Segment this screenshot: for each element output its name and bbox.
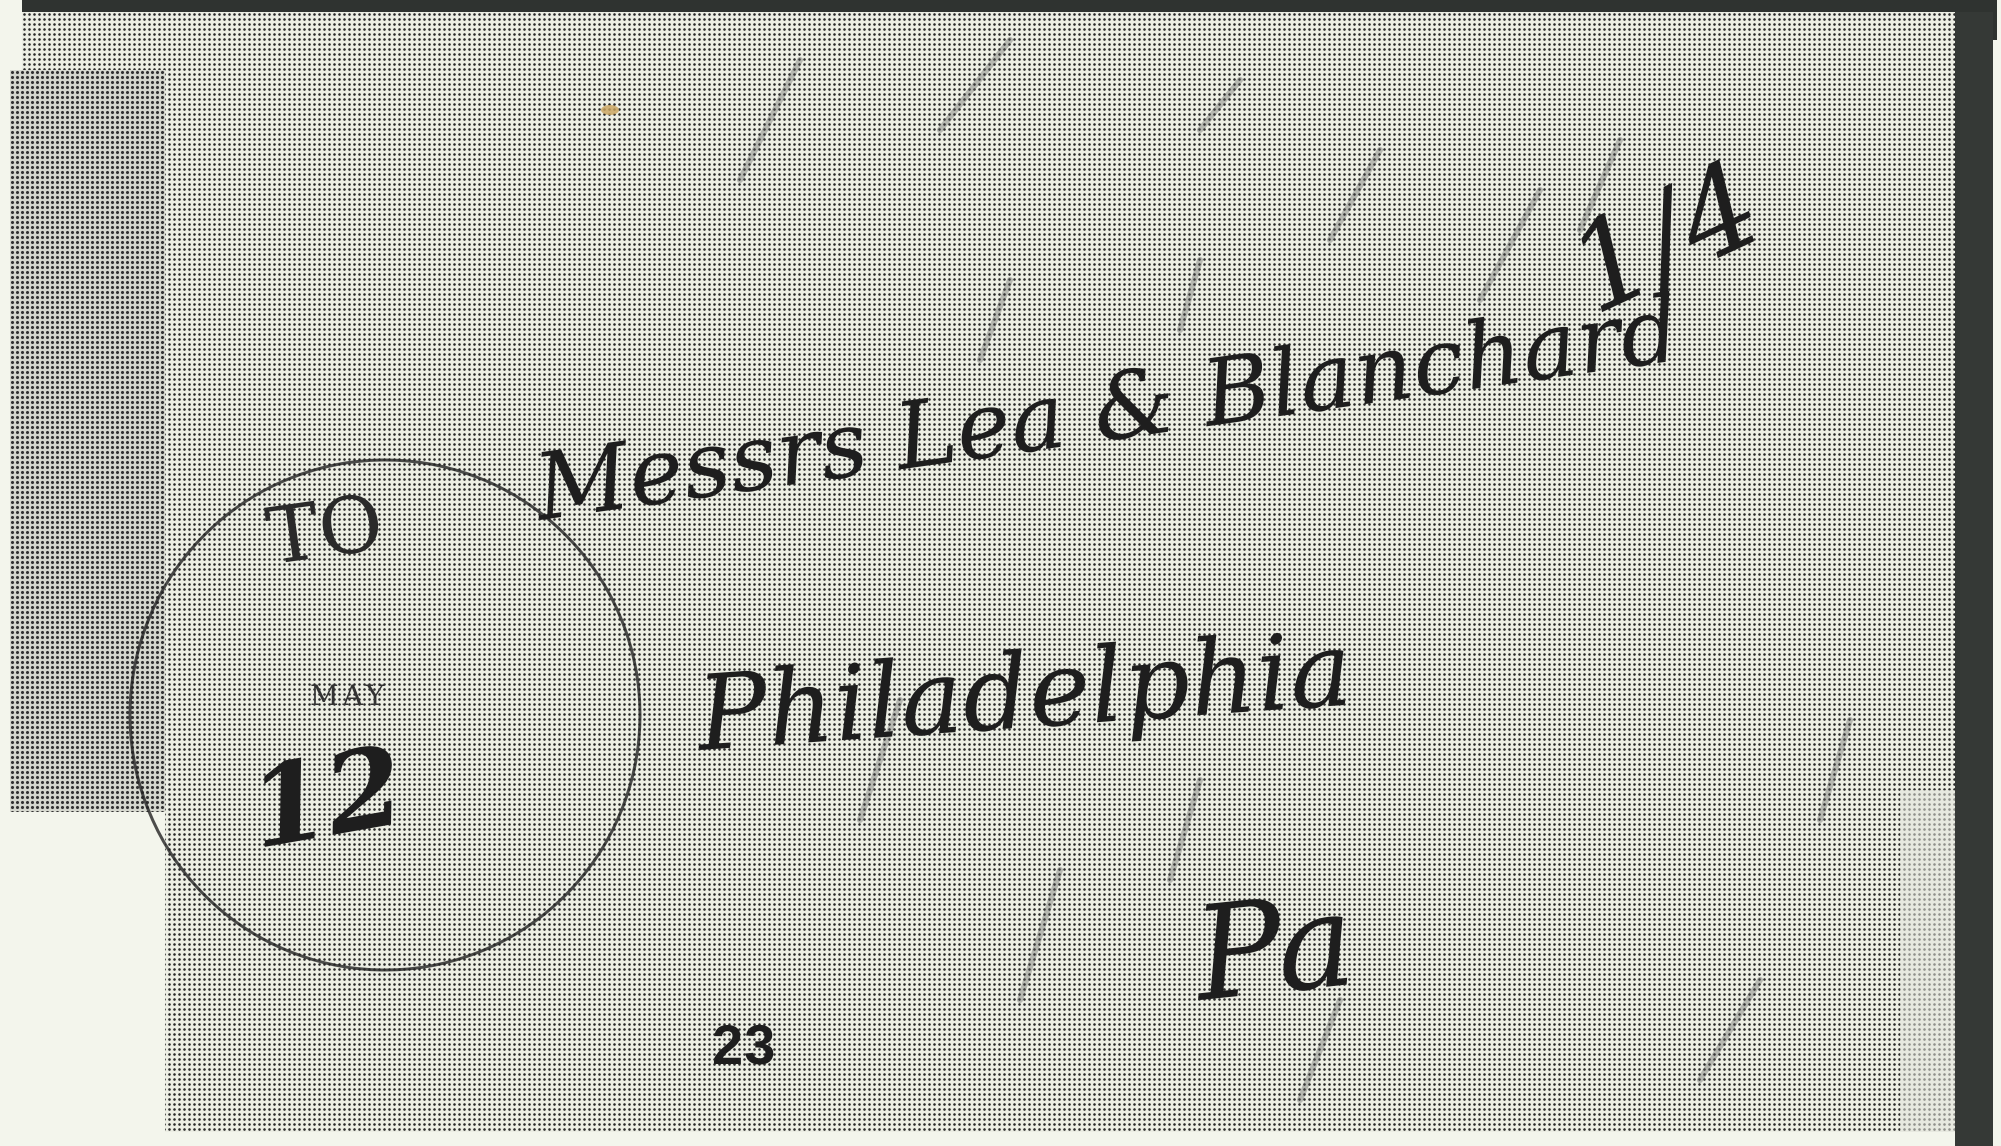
postmark-town-text: TO [261, 478, 388, 583]
paper-speck [601, 105, 619, 115]
address-line-2: Philadelphia [691, 607, 1356, 775]
postmark-month-text: MAY [310, 679, 388, 712]
postmark-day-text: 12 [240, 720, 413, 874]
address-line-1: Messrs Lea & Blanchard [526, 275, 1686, 542]
ink-markings: TO MAY 12 Messrs Lea & Blanchard Philade… [0, 0, 2001, 1146]
plate-number: 23 [712, 1012, 776, 1077]
address-line-3: Pa [1185, 863, 1361, 1031]
